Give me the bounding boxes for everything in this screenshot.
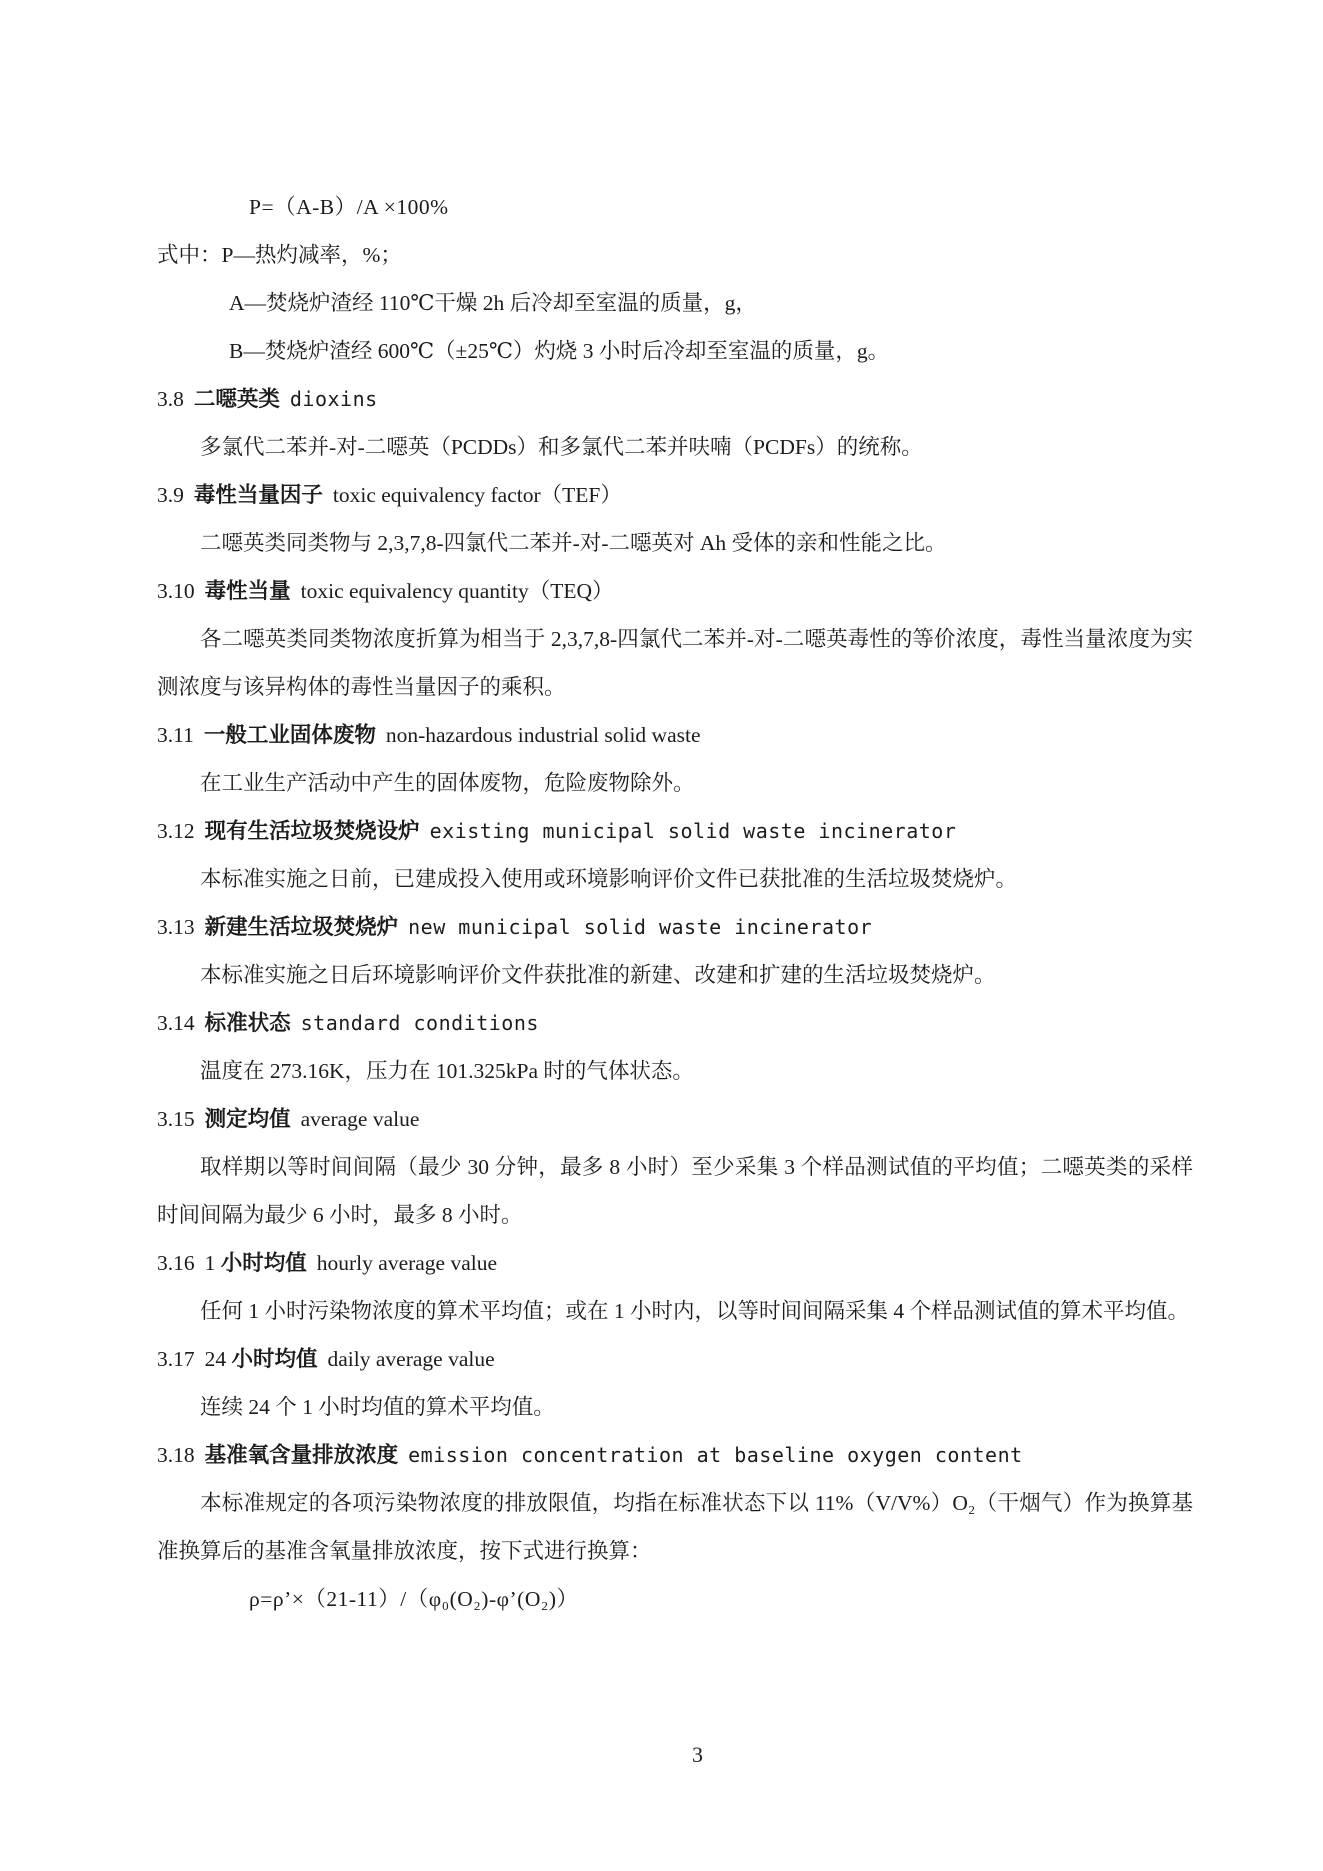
body-paragraph: 在工业生产活动中产生的固体废物，危险废物除外。 xyxy=(157,759,1193,807)
section-term-en: daily average value xyxy=(328,1347,495,1371)
section-term-en: new municipal solid waste incinerator xyxy=(408,915,872,939)
formula-term-line: A—焚烧炉渣经 110℃干燥 2h 后冷却至室温的质量，g， xyxy=(157,279,1193,327)
section-term-zh: 标准状态 xyxy=(205,1011,291,1035)
section-term-zh: 毒性当量因子 xyxy=(194,483,323,507)
body-paragraph: 本标准实施之日后环境影响评价文件获批准的新建、改建和扩建的生活垃圾焚烧炉。 xyxy=(157,951,1193,999)
formula-legend-line: 式中：P—热灼减率，%； xyxy=(157,231,1193,279)
section-heading: 3.12现有生活垃圾焚烧设炉existing municipal solid w… xyxy=(157,807,1193,855)
section-term-zh: 二噁英类 xyxy=(194,387,280,411)
section-term-zh: 小时均值 xyxy=(232,1347,318,1371)
section-number: 3.17 xyxy=(157,1347,195,1371)
body-paragraph: 取样期以等时间间隔（最少 30 分钟，最多 8 小时）至少采集 3 个样品测试值… xyxy=(157,1143,1193,1239)
formula-line: ρ=ρ’×（21-11）/（φ₀(O₂)-φ’(O₂)） xyxy=(157,1575,1193,1623)
body-paragraph: 各二噁英类同类物浓度折算为相当于 2,3,7,8-四氯代二苯并-对-二噁英毒性的… xyxy=(157,615,1193,711)
section-heading: 3.11一般工业固体废物non-hazardous industrial sol… xyxy=(157,711,1193,759)
section-heading: 3.161 小时均值hourly average value xyxy=(157,1239,1193,1287)
section-term-zh: 基准氧含量排放浓度 xyxy=(205,1443,399,1467)
body-paragraph: 本标准规定的各项污染物浓度的排放限值，均指在标准状态下以 11%（V/V%）O₂… xyxy=(157,1479,1193,1575)
section-term-en: standard conditions xyxy=(301,1011,539,1035)
section-term-en: emission concentration at baseline oxyge… xyxy=(408,1443,1023,1467)
section-number: 3.15 xyxy=(157,1107,195,1131)
section-number: 3.18 xyxy=(157,1443,195,1467)
section-heading: 3.14标准状态standard conditions xyxy=(157,999,1193,1047)
section-term-en: non-hazardous industrial solid waste xyxy=(386,723,701,747)
section-term-zh: 一般工业固体废物 xyxy=(204,723,376,747)
section-term-en: toxic equivalency quantity（TEQ） xyxy=(301,579,614,603)
page-number: 3 xyxy=(0,1742,1323,1768)
body-paragraph: 任何 1 小时污染物浓度的算术平均值；或在 1 小时内，以等时间间隔采集 4 个… xyxy=(157,1287,1193,1335)
section-term-en: dioxins xyxy=(290,387,378,411)
section-term-en: toxic equivalency factor（TEF） xyxy=(333,483,622,507)
section-heading: 3.1724 小时均值daily average value xyxy=(157,1335,1193,1383)
section-term-zh: 现有生活垃圾焚烧设炉 xyxy=(205,819,420,843)
section-heading: 3.10毒性当量toxic equivalency quantity（TEQ） xyxy=(157,567,1193,615)
section-term-prefix: 1 xyxy=(205,1251,221,1275)
section-term-prefix: 24 xyxy=(205,1347,232,1371)
section-term-en: average value xyxy=(301,1107,420,1131)
section-number: 3.12 xyxy=(157,819,195,843)
section-number: 3.9 xyxy=(157,483,184,507)
section-heading: 3.13新建生活垃圾焚烧炉new municipal solid waste i… xyxy=(157,903,1193,951)
section-number: 3.8 xyxy=(157,387,184,411)
section-term-en: existing municipal solid waste incinerat… xyxy=(430,819,957,843)
section-number: 3.11 xyxy=(157,723,194,747)
section-term-zh: 毒性当量 xyxy=(205,579,291,603)
section-heading: 3.9毒性当量因子toxic equivalency factor（TEF） xyxy=(157,471,1193,519)
body-paragraph: 连续 24 个 1 小时均值的算术平均值。 xyxy=(157,1383,1193,1431)
section-number: 3.16 xyxy=(157,1251,195,1275)
section-term-zh: 新建生活垃圾焚烧炉 xyxy=(205,915,399,939)
section-number: 3.13 xyxy=(157,915,195,939)
formula-term-line: B—焚烧炉渣经 600℃（±25℃）灼烧 3 小时后冷却至室温的质量，g。 xyxy=(157,327,1193,375)
section-number: 3.10 xyxy=(157,579,195,603)
body-paragraph: 多氯代二苯并-对-二噁英（PCDDs）和多氯代二苯并呋喃（PCDFs）的统称。 xyxy=(157,423,1193,471)
section-term-zh: 小时均值 xyxy=(221,1251,307,1275)
body-paragraph: 温度在 273.16K，压力在 101.325kPa 时的气体状态。 xyxy=(157,1047,1193,1095)
section-term-en: hourly average value xyxy=(317,1251,497,1275)
document-page: P=（A-B）/A ×100%式中：P—热灼减率，%；A—焚烧炉渣经 110℃干… xyxy=(0,0,1323,1871)
section-heading: 3.18基准氧含量排放浓度emission concentration at b… xyxy=(157,1431,1193,1479)
section-heading: 3.8二噁英类dioxins xyxy=(157,375,1193,423)
section-number: 3.14 xyxy=(157,1011,195,1035)
section-term-zh: 测定均值 xyxy=(205,1107,291,1131)
document-body: P=（A-B）/A ×100%式中：P—热灼减率，%；A—焚烧炉渣经 110℃干… xyxy=(157,183,1193,1623)
body-paragraph: 二噁英类同类物与 2,3,7,8-四氯代二苯并-对-二噁英对 Ah 受体的亲和性… xyxy=(157,519,1193,567)
section-heading: 3.15测定均值average value xyxy=(157,1095,1193,1143)
body-paragraph: 本标准实施之日前，已建成投入使用或环境影响评价文件已获批准的生活垃圾焚烧炉。 xyxy=(157,855,1193,903)
formula-line: P=（A-B）/A ×100% xyxy=(157,183,1193,231)
